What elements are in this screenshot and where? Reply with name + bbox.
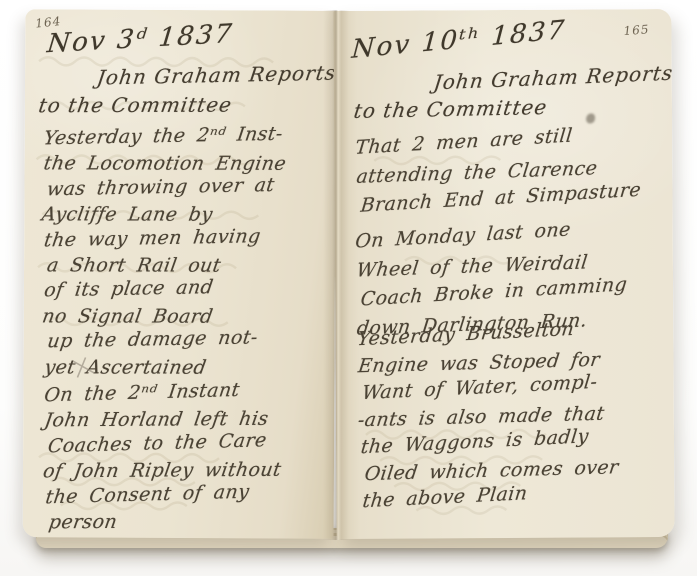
handwritten-line: of its place and xyxy=(42,274,289,304)
left-page: 164 Nov 3ᵈ 1837 John Graham Reports to t… xyxy=(23,9,337,539)
handwritten-line: person xyxy=(47,509,284,536)
left-paragraph-2: On the 2ⁿᵈ Instant John Horland left his… xyxy=(44,380,282,535)
handwritten-line: On the 2ⁿᵈ Instant xyxy=(43,377,283,409)
handwritten-line: Yesterday the 2ⁿᵈ Inst- xyxy=(42,122,289,152)
right-reporter-line: John Graham Reports xyxy=(432,61,674,95)
left-reporter-line: John Graham Reports xyxy=(95,61,336,90)
handwritten-line: the way men having xyxy=(42,223,289,253)
handwritten-line: up the damage not- xyxy=(46,325,289,355)
photo-background: 164 Nov 3ᵈ 1837 John Graham Reports to t… xyxy=(0,0,697,576)
right-committee-line: to the Committee xyxy=(352,95,549,123)
left-page-text: 164 Nov 3ᵈ 1837 John Graham Reports to t… xyxy=(23,9,337,539)
manuscript-book: 164 Nov 3ᵈ 1837 John Graham Reports to t… xyxy=(24,10,673,548)
right-paragraph-3: Yesterday Brusselton Engine was Stoped f… xyxy=(357,318,620,515)
right-page-number: 165 xyxy=(623,22,650,38)
right-date-heading: Nov 10ᵗʰ 1837 xyxy=(351,15,567,65)
handwritten-line: Coaches to the Care xyxy=(46,428,283,460)
right-page: 165 Nov 10ᵗʰ 1837 John Graham Reports to… xyxy=(333,9,674,539)
right-page-text: 165 Nov 10ᵗʰ 1837 John Graham Reports to… xyxy=(333,9,674,539)
pencil-cross-mark xyxy=(69,355,97,379)
left-committee-line: to the Committee xyxy=(37,93,234,118)
right-paragraph-1: That 2 men are still attending the Clare… xyxy=(355,122,641,221)
left-page-number: 164 xyxy=(35,14,62,31)
left-paragraph-1: Yesterday the 2ⁿᵈ Inst- the Locomotion E… xyxy=(44,126,287,381)
handwritten-line: was throwing over at xyxy=(45,173,288,203)
left-date-heading: Nov 3ᵈ 1837 xyxy=(46,19,235,59)
